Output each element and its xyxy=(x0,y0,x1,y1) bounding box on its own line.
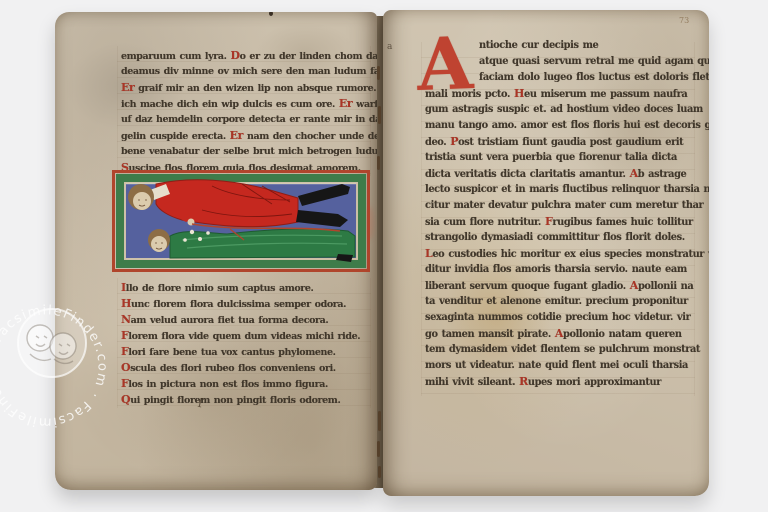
rubric-initial: A xyxy=(630,279,638,292)
rubric-initial: A xyxy=(555,327,563,340)
text-segment: manu tango amo. amor est flos floris hui… xyxy=(425,120,709,131)
text-segment: atque quasi servum retral me quid agam q… xyxy=(479,56,709,67)
text-segment: deo. xyxy=(425,137,450,148)
manuscript-line: Er graif mir an den wizen lip non absque… xyxy=(121,80,371,96)
right-page: a 73 A ntioche cur decipis meatque quasi… xyxy=(383,10,709,496)
manuscript-line: lecto suspicor et in maris fluctibus rel… xyxy=(425,182,693,198)
manuscript-line: sia cum flore nutritur. Frugibus fames h… xyxy=(425,214,693,230)
flower-petal xyxy=(206,231,210,235)
text-segment: eo custodies hic moritur ex eius species… xyxy=(432,249,709,260)
manuscript-line: sexaginta nummos cotidie precium hoc vid… xyxy=(425,310,693,326)
binding-stitch xyxy=(377,441,380,457)
manuscript-line: emparuum cum lyra. Do er zu der linden c… xyxy=(121,48,371,64)
rubric-initial: P xyxy=(450,135,458,148)
text-segment: ui pingit florem non pingit floris odore… xyxy=(130,395,340,406)
text-segment: strangolio dymasiadi committitur flos fl… xyxy=(425,232,685,243)
manuscript-line: dicta veritatis dicta claritatis amantur… xyxy=(425,166,693,182)
manuscript-line: liberant servum quoque fugant gladio. Ap… xyxy=(425,278,693,294)
manuscript-line: Illo de flore nimio sum captus amore. xyxy=(121,280,365,296)
rubric-initial: H xyxy=(121,297,131,310)
text-segment: ta venditur et alenone emitur. precium p… xyxy=(425,296,688,307)
rubric-initial: Q xyxy=(121,393,130,406)
text-segment: mihi vivit sileant. xyxy=(425,377,519,388)
man-face xyxy=(133,192,151,210)
binding-stitch xyxy=(378,106,381,124)
text-segment: ich mache dich ein wip dulcis es cum ore… xyxy=(121,99,339,110)
text-segment: unc florem flora dulcissima semper odora… xyxy=(131,299,346,310)
manuscript-line: tem dymasidem videt flentem se pulchrum … xyxy=(425,342,693,358)
text-segment: graif mir an den wizen lip non absque ru… xyxy=(134,83,377,94)
left-upper-text-block: emparuum cum lyra. Do er zu der linden c… xyxy=(121,48,371,176)
text-segment: upes mori approximantur xyxy=(528,377,661,388)
manuscript-line: Oscula des flori rubeo flos conveniens o… xyxy=(121,360,365,376)
text-segment: gum astragis suspic et. ad hostium video… xyxy=(425,104,703,115)
rubric-initial: Er xyxy=(121,81,134,94)
text-segment: eu miserum me passum naufra xyxy=(524,89,687,100)
text-segment: mors ut videatur. nate quid flent mei oc… xyxy=(425,360,688,371)
rubric-initial: Er xyxy=(230,129,243,142)
text-segment: ost tristiam fiunt gaudia post gaudium e… xyxy=(458,137,683,148)
manuscript-line: gum astragis suspic et. ad hostium video… xyxy=(425,102,693,118)
text-segment: citur mater devatur pulchra mater cum me… xyxy=(425,200,703,211)
manuscript-line: tristia sunt vera puerbia que fiorenur t… xyxy=(425,150,693,166)
rubric-initial: O xyxy=(121,361,130,374)
rubric-initial: D xyxy=(230,49,239,62)
manuscript-line: atque quasi servum retral me quid agam q… xyxy=(479,54,693,70)
text-segment: gelin cuspide erecta. xyxy=(121,131,230,142)
binding-stitch xyxy=(377,66,380,80)
manuscript-line: Florem flora vide quem dum videas michi … xyxy=(121,328,365,344)
flower-petal xyxy=(198,237,202,241)
left-page: emparuum cum lyra. Do er zu der linden c… xyxy=(55,12,377,490)
binding-stitch xyxy=(378,411,381,431)
text-segment: b astrage xyxy=(638,169,687,180)
text-segment: uf daz hemdelin corpore detecta er rante… xyxy=(121,114,377,125)
text-segment: bene venabatur der selbe brut mich betro… xyxy=(121,146,377,157)
text-segment: tristia sunt vera puerbia que fiorenur t… xyxy=(425,152,677,163)
text-segment: pollonii na xyxy=(638,281,693,292)
text-segment: scula des flori rubeo flos conveniens or… xyxy=(130,363,336,374)
manuscript-line: ich mache dich ein wip dulcis es cum ore… xyxy=(121,96,371,112)
text-segment: faciam dolo lugeo flos luctus est dolori… xyxy=(479,72,709,83)
manuscript-line: mali moris pcto. Heu miserum me passum n… xyxy=(425,86,693,102)
binding-stitch xyxy=(377,156,380,170)
manuscript-line: Leo custodies hic moritur ex eius specie… xyxy=(425,246,693,262)
text-segment: pollonio natam queren xyxy=(563,329,682,340)
manuscript-line: uf daz hemdelin corpore detecta er rante… xyxy=(121,112,371,128)
text-segment: sia cum flore nutritur. xyxy=(425,217,545,228)
manuscript-line: strangolio dymasiadi committitur flos fl… xyxy=(425,230,693,246)
text-segment: emparuum cum lyra. xyxy=(121,51,230,62)
text-segment: mali moris pcto. xyxy=(425,89,514,100)
rubric-initial: R xyxy=(519,375,528,388)
lovers-miniature xyxy=(112,170,370,272)
manuscript-line: bene venabatur der selbe brut mich betro… xyxy=(121,144,371,160)
manuscript-photo: emparuum cum lyra. Do er zu der linden c… xyxy=(0,0,768,512)
manuscript-line: Qui pingit florem non pingit floris odor… xyxy=(121,392,365,408)
text-segment: nam den chocher unde den bogen xyxy=(243,131,377,142)
flower-petal xyxy=(190,230,194,234)
text-segment: go tamen mansit pirate. xyxy=(425,329,555,340)
text-segment: llo de flore nimio sum captus amore. xyxy=(126,283,314,294)
ink-blot xyxy=(269,12,273,16)
manuscript-line: Hunc florem flora dulcissima semper odor… xyxy=(121,296,365,312)
text-segment: o er zu der linden chom dar se xyxy=(240,51,377,62)
woman-face xyxy=(151,236,167,252)
text-segment: lecto suspicor et in maris fluctibus rel… xyxy=(425,184,709,195)
text-segment: tem dymasidem videt flentem se pulchrum … xyxy=(425,344,700,355)
manuscript-line: Flori fare bene tua vox cantus phylomene… xyxy=(121,344,365,360)
manuscript-line: ditur invidia flos amoris tharsia servio… xyxy=(425,262,693,278)
text-segment: deamus div minne ov mich sere den man lu… xyxy=(121,66,377,77)
folio-number: 73 xyxy=(679,16,689,25)
text-segment: warf mir xyxy=(352,99,377,110)
right-text-block: ntioche cur decipis meatque quasi servum… xyxy=(425,38,693,390)
rubric-initial: N xyxy=(121,313,131,326)
text-segment: liberant servum quoque fugant gladio. xyxy=(425,281,630,292)
text-segment: los in pictura non est flos immo figura. xyxy=(128,379,328,390)
manuscript-line: ta venditur et alenone emitur. precium p… xyxy=(425,294,693,310)
binding-stitch xyxy=(378,466,381,478)
text-segment: dicta veritatis dicta claritatis amantur… xyxy=(425,169,630,180)
manuscript-line: manu tango amo. amor est flos floris hui… xyxy=(425,118,693,134)
manuscript-line: ntioche cur decipis me xyxy=(479,38,693,54)
manuscript-line: go tamen mansit pirate. Apollonio natam … xyxy=(425,326,693,342)
text-segment: sexaginta nummos cotidie precium hoc vid… xyxy=(425,312,690,323)
rubric-initial: H xyxy=(514,87,524,100)
manuscript-line: deo. Post tristiam fiunt gaudia post gau… xyxy=(425,134,693,150)
rubric-initial: Er xyxy=(339,97,352,110)
manuscript-line: Nam velud aurora fiet tua forma decora. xyxy=(121,312,365,328)
manuscript-line: citur mater devatur pulchra mater cum me… xyxy=(425,198,693,214)
text-segment: ditur invidia flos amoris tharsia servio… xyxy=(425,264,687,275)
manuscript-line: mors ut videatur. nate quid flent mei oc… xyxy=(425,358,693,374)
text-segment: ntioche cur decipis me xyxy=(479,40,598,51)
text-segment: lori fare bene tua vox cantus phylomene. xyxy=(128,347,335,358)
text-segment: rugibus fames huic tollitur xyxy=(552,217,692,228)
flower-petal xyxy=(183,238,187,242)
manuscript-line: mihi vivit sileant. Rupes mori approxima… xyxy=(425,374,693,390)
left-lower-text-block: Illo de flore nimio sum captus amore.Hun… xyxy=(121,280,365,408)
rubric-initial: A xyxy=(630,167,638,180)
manuscript-line: Flos in pictura non est flos immo figura… xyxy=(121,376,365,392)
manuscript-line: gelin cuspide erecta. Er nam den chocher… xyxy=(121,128,371,144)
manuscript-line: deamus div minne ov mich sere den man lu… xyxy=(121,64,371,80)
quire-mark: a xyxy=(387,42,392,52)
manuscript-line: faciam dolo lugeo flos luctus est dolori… xyxy=(479,70,693,86)
text-segment: lorem flora vide quem dum videas michi r… xyxy=(128,331,360,342)
text-segment: am velud aurora fiet tua forma decora. xyxy=(131,315,329,326)
